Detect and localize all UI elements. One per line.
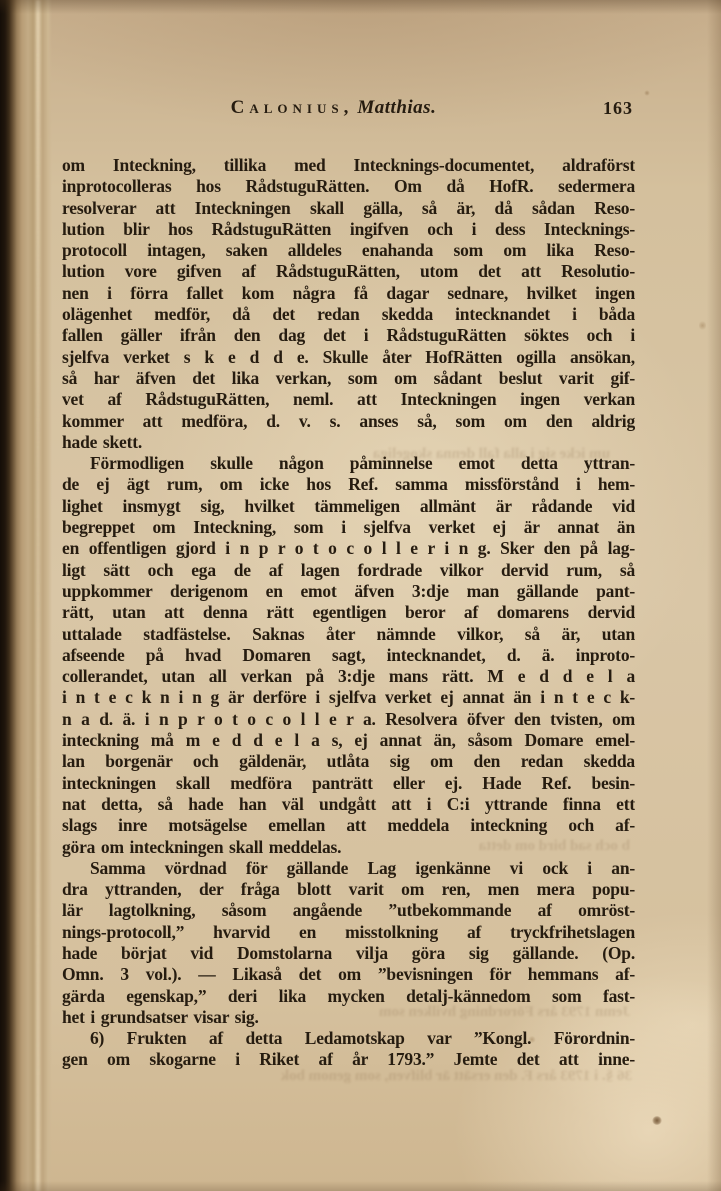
fox-spot-stain [644, 90, 650, 96]
text-line: resolverar att Inteckningen skall gälla,… [62, 198, 635, 219]
bleedthrough-text: Jemn 1793 års Förordning hvilken som [200, 1002, 630, 1022]
text-line: dra yttranden, der fråga blott varit om … [62, 879, 635, 900]
text-line: fallen gäller ifrån den dag det i Rådstu… [62, 325, 635, 346]
text-line: om Inteckning, tillika med Intecknings-d… [62, 155, 635, 176]
text-line: inteckningen skall medföra panträtt elle… [62, 773, 635, 794]
ink-spot-stain [652, 1116, 662, 1125]
text-line: afseende på hvad Domaren sagt, intecknan… [62, 645, 635, 666]
text-line: sjelfva verket s k e d d e. Skulle åter … [62, 347, 635, 368]
text-line: n a d. ä. i n p r o t o c o l l e r a. R… [62, 709, 635, 730]
binding-gutter-shadow [0, 0, 52, 1191]
page-bottom-edge-shadow [0, 1181, 721, 1191]
text-line: olägenhet medför, då det redan skedda in… [62, 304, 635, 325]
page-top-edge-shadow [0, 0, 721, 14]
header-author-firstname: Matthias. [357, 97, 436, 118]
bleedthrough-text: 36 §. i 1793 års F. den ersätt är blifve… [62, 1066, 632, 1086]
text-line: i n t e c k n i n g är derföre i sjelfva… [62, 687, 635, 708]
text-line: lär lagtolkning, såsom angående ”utbekom… [62, 900, 635, 921]
text-line: så har äfven det lika verkan, som om såd… [62, 368, 635, 389]
book-page-scan: Calonius, Matthias. 163 om Inteckning, t… [0, 0, 721, 1191]
text-line: Samma vördnad för gällande Lag igenkänne… [62, 858, 635, 879]
text-line: collerandet, utan all verkan på 3:dje ma… [62, 666, 635, 687]
text-line: kommer att medföra, d. v. s. anses så, s… [62, 411, 635, 432]
page-number: 163 [603, 98, 633, 119]
header-author-surname: Calonius, [231, 97, 354, 118]
text-line: begreppet om Inteckning, som i sjelfva v… [62, 517, 635, 538]
header-title: Calonius, Matthias. [62, 97, 605, 119]
text-line: inprotocolleras hos RådstuguRätten. Om d… [62, 176, 635, 197]
running-header: Calonius, Matthias. 163 [62, 97, 635, 123]
text-line: slags inre motsägelse emellan att meddel… [62, 815, 635, 836]
text-line: ligt sätt och ega de af lagen fordrade v… [62, 560, 635, 581]
text-line: lution blir hos RådstuguRätten ingifven … [62, 219, 635, 240]
text-line: lution vore gifven af RådstuguRätten, ut… [62, 261, 635, 282]
fox-spot-stain [699, 320, 706, 331]
page-right-edge-shadow [707, 0, 721, 1191]
text-line: inteckning må m e d d e l a s, ej annat … [62, 730, 635, 751]
text-line: vet af RådstuguRätten, neml. att Inteckn… [62, 389, 635, 410]
text-line: protocoll intagen, saken alldeles enahan… [62, 240, 635, 261]
text-line: lighet insmygt sig, hvilket tämmeligen a… [62, 496, 635, 517]
text-line: lan borgenär och gäldenär, utlåta sig om… [62, 751, 635, 772]
text-line: nat detta, så hade han väl undgått att i… [62, 794, 635, 815]
text-line: 6) Frukten af detta Ledamotskap var ”Kon… [62, 1028, 635, 1049]
text-line: de ej ägt rum, om icke hos Ref. samma mi… [62, 474, 635, 495]
text-line: nen i förra fallet kom några få dagar se… [62, 283, 635, 304]
text-line: hade börjat vid Domstolarna vilja göra s… [62, 943, 635, 964]
text-line: en offentligen gjord i n p r o t o c o l… [62, 538, 635, 559]
text-line: nings-protocoll,” hvarvid en misstolknin… [62, 922, 635, 943]
text-line: uttalade stadfästelse. Saknas åter nämnd… [62, 624, 635, 645]
text-line: uppkommer derigenom en emot äfven 3:dje … [62, 581, 635, 602]
fox-spot-stain [528, 1036, 536, 1043]
text-line: Omn. 3 vol.). — Likaså det om ”bevisning… [62, 964, 635, 985]
bleedthrough-text: b och sad bird om detta [340, 836, 630, 856]
bleedthrough-text: um icke sig i alla fall denna skogeliga [180, 444, 610, 464]
body-text: om Inteckning, tillika med Intecknings-d… [62, 155, 635, 1071]
text-line: rätt, utan att denna rätt egentligen ber… [62, 602, 635, 623]
